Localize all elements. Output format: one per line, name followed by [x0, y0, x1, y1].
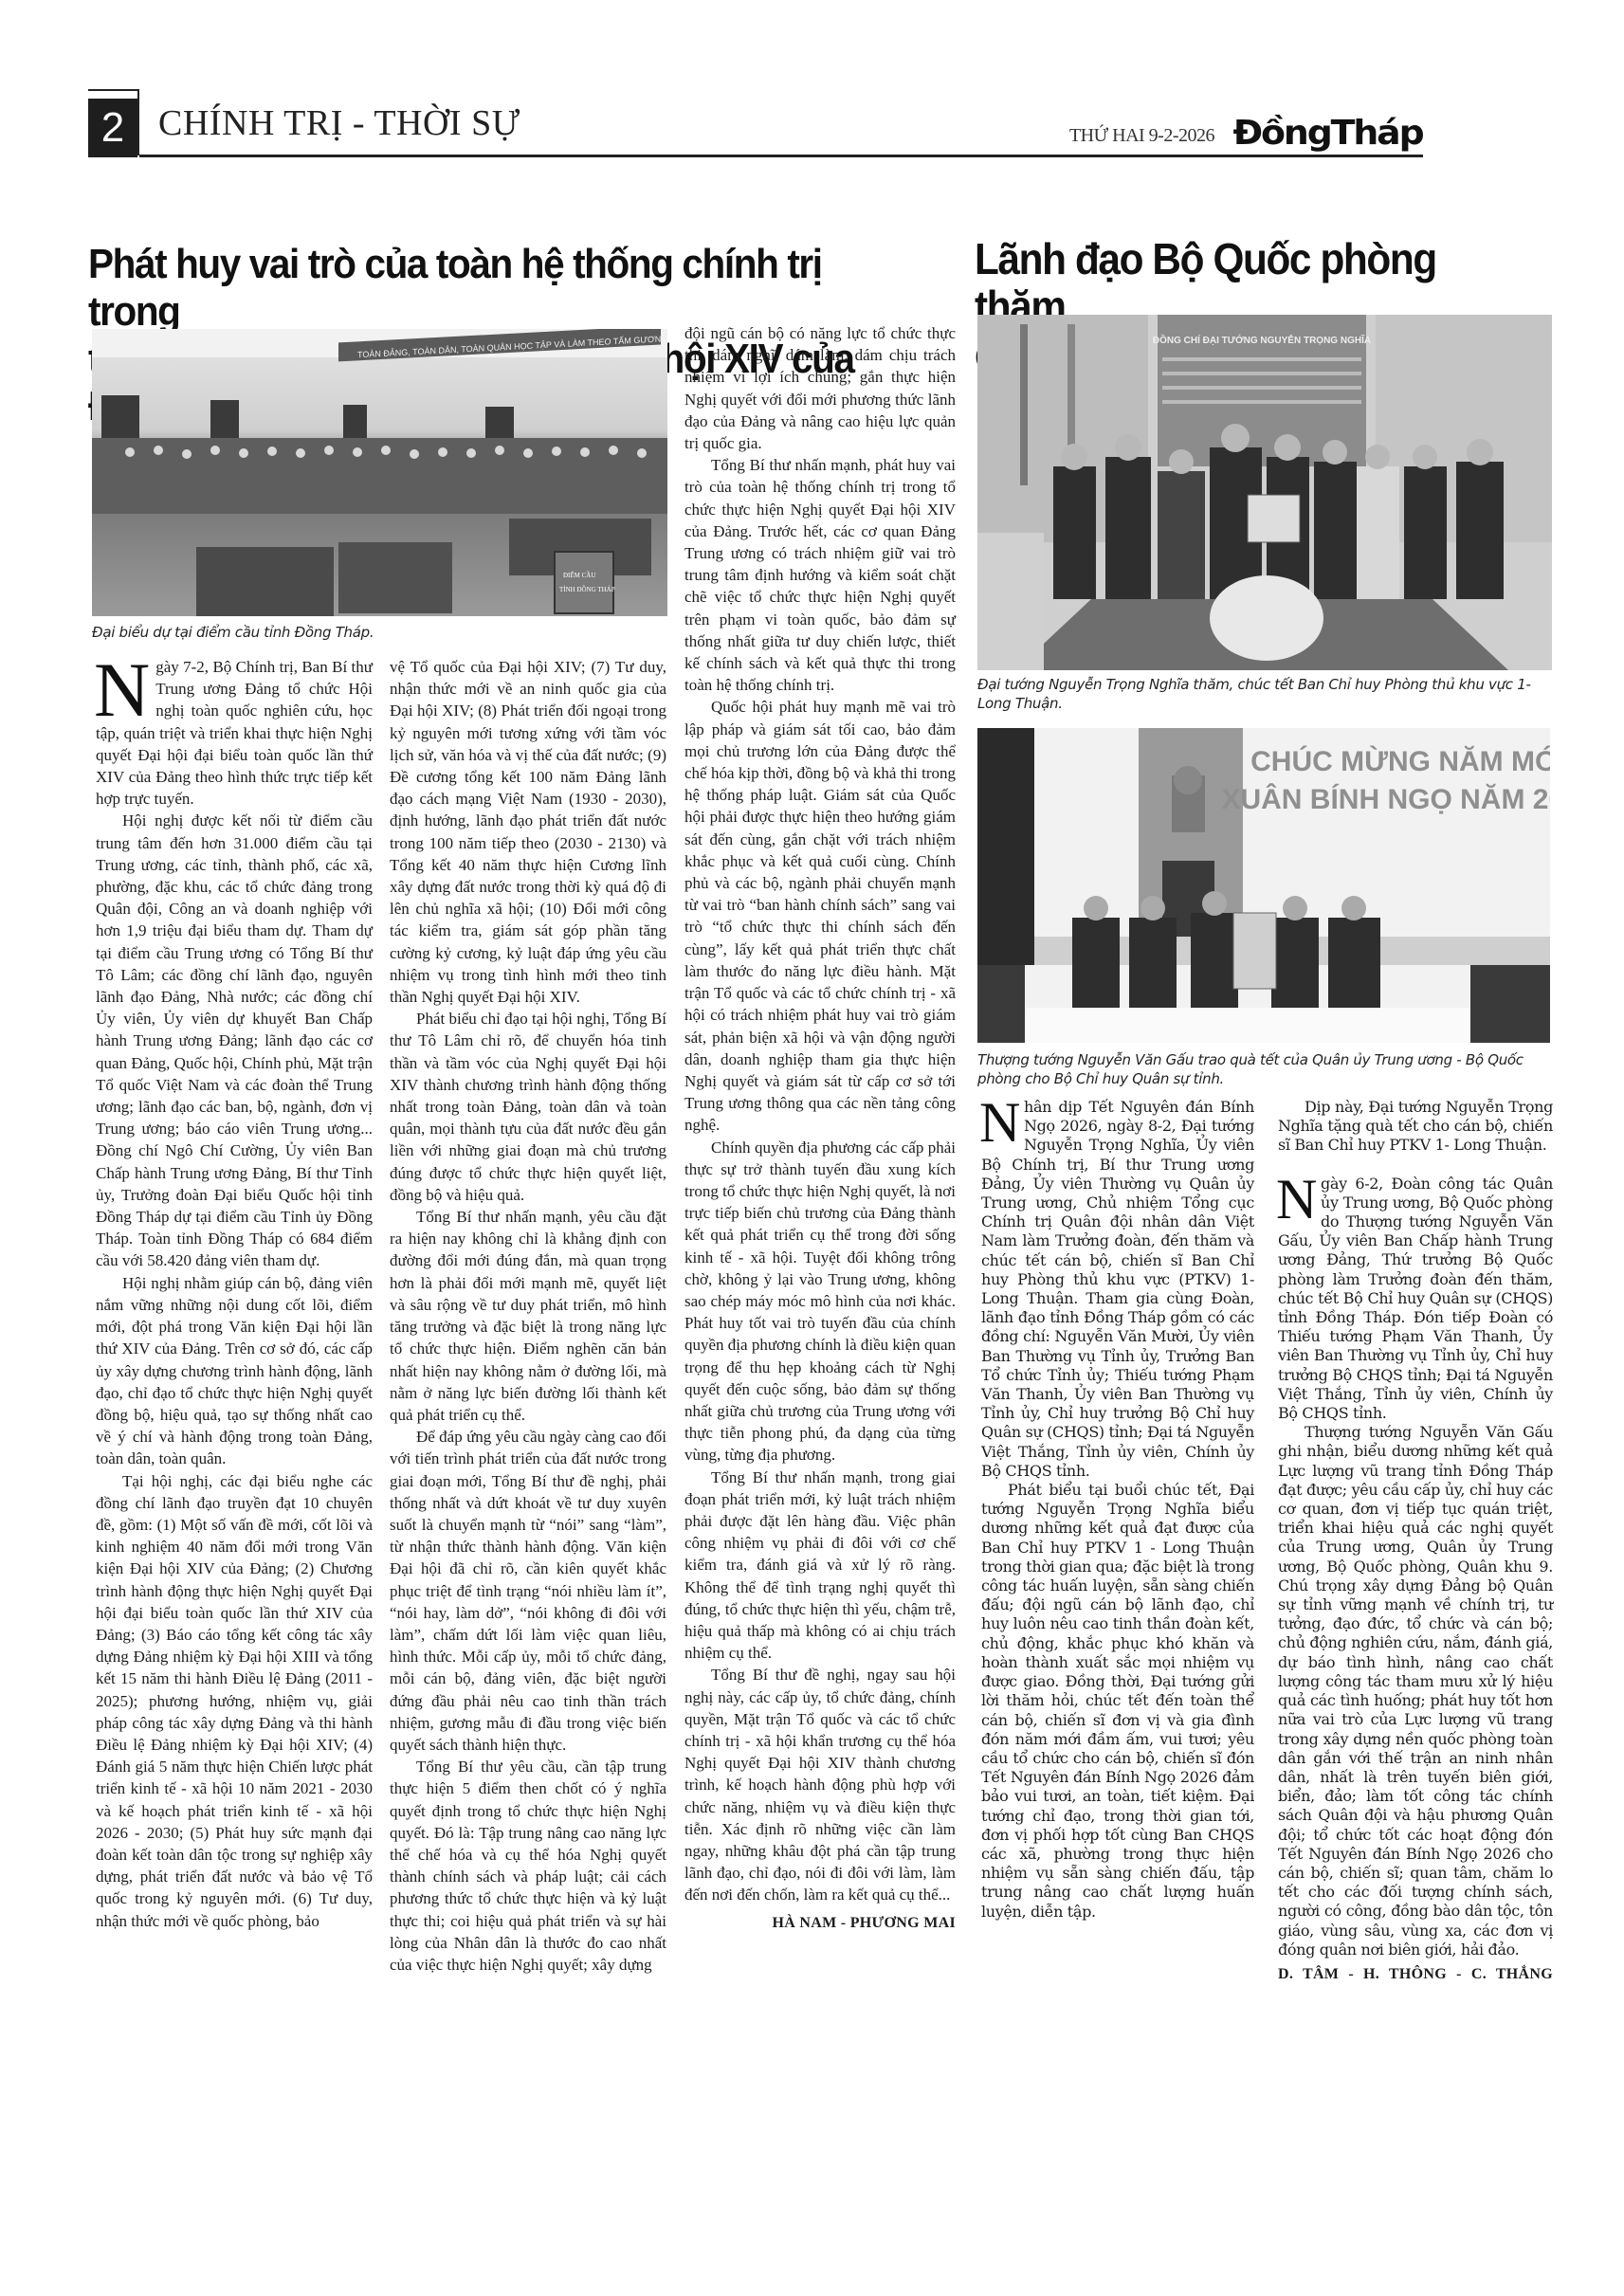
conference-hall-image: TOÀN ĐẢNG, TOÀN DÂN, TOÀN QUÂN HỌC TẬP V…: [92, 329, 667, 616]
page-number: 2: [88, 99, 137, 157]
paragraph: Tại hội nghị, các đại biểu nghe các đồng…: [96, 1470, 373, 1932]
newspaper-logo: ĐồngTháp: [1233, 114, 1423, 153]
byline: D. TÂM - H. THÔNG - C. THẮNG: [1278, 1965, 1553, 1984]
paragraph: Dịp này, Đại tướng Nguyễn Trọng Nghĩa tặ…: [1278, 1098, 1553, 1156]
drop-cap: N: [94, 660, 150, 720]
byline: HÀ NAM - PHƯƠNG MAI: [684, 1912, 956, 1934]
paragraph: Phát biểu chỉ đạo tại hội nghị, Tổng Bí …: [390, 1008, 666, 1206]
paragraph: Để đáp ứng yêu cầu ngày càng cao đối với…: [390, 1426, 666, 1756]
svg-text:TỈNH ĐỒNG THÁP: TỈNH ĐỒNG THÁP: [559, 586, 615, 593]
paragraph: đội ngũ cán bộ có năng lực tổ chức thực …: [684, 322, 956, 454]
article-left-column-2: vệ Tổ quốc của Đại hội XIV; (7) Tư duy, …: [390, 656, 666, 1976]
paragraph: Hội nghị nhằm giúp cán bộ, đảng viên nắm…: [96, 1272, 373, 1470]
lead-paragraph: Nhân dịp Tết Nguyên đán Bính Ngọ 2026, n…: [981, 1098, 1254, 1481]
article-left-column-3: đội ngũ cán bộ có năng lực tổ chức thực …: [684, 322, 956, 1934]
backdrop-line-2: XUÂN BÍNH NGỌ NĂM 2026: [1221, 783, 1550, 815]
paragraph: Tổng Bí thư đề nghị, ngay sau hội nghị n…: [684, 1664, 956, 1905]
article-right-column-2: Dịp này, Đại tướng Nguyễn Trọng Nghĩa tặ…: [1278, 1098, 1553, 1984]
paragraph: vệ Tổ quốc của Đại hội XIV; (7) Tư duy, …: [390, 656, 666, 1008]
gift-presentation-photo-1: ĐỒNG CHÍ ĐẠI TƯỚNG NGUYỄN TRỌNG NGHĨA: [977, 315, 1552, 670]
backdrop-line-1: CHÚC MỪNG NĂM MỚI: [1250, 745, 1550, 777]
paragraph: Quốc hội phát huy mạnh mẽ vai trò lập ph…: [684, 696, 956, 1136]
issue-date: THỨ HAI 9-2-2026: [1069, 125, 1214, 147]
drop-cap: N: [979, 1101, 1020, 1144]
paragraph: Thượng tướng Nguyễn Văn Gấu ghi nhận, bi…: [1278, 1423, 1553, 1959]
gift-presentation-image: ĐỒNG CHÍ ĐẠI TƯỚNG NGUYỄN TRỌNG NGHĨA: [977, 315, 1552, 670]
photo-caption: Đại biểu dự tại điểm cầu tỉnh Đồng Tháp.: [92, 623, 667, 642]
paragraph: Hội nghị được kết nối từ điểm cầu trung …: [96, 810, 373, 1271]
paragraph: Phát biểu tại buổi chúc tết, Đại tướng N…: [981, 1481, 1254, 1922]
backdrop-text: ĐỒNG CHÍ ĐẠI TƯỚNG NGUYỄN TRỌNG NGHĨA: [1153, 334, 1371, 346]
paragraph: Tổng Bí thư nhấn mạnh, yêu cầu đặt ra hi…: [390, 1206, 666, 1426]
photo-caption: Thượng tướng Nguyễn Văn Gấu trao quà tết…: [977, 1050, 1550, 1088]
section-spacer: [1278, 1156, 1553, 1175]
headline-line: Phát huy vai trò của toàn hệ thống chính…: [88, 241, 822, 335]
gift-presentation-photo-2: CHÚC MỪNG NĂM MỚI XUÂN BÍNH NGỌ NĂM 2026: [977, 728, 1550, 1043]
paragraph: Tổng Bí thư nhấn mạnh, trong giai đoạn p…: [684, 1467, 956, 1665]
article-right-column-1: Nhân dịp Tết Nguyên đán Bính Ngọ 2026, n…: [981, 1098, 1254, 1922]
masthead-divider: [139, 155, 1423, 157]
section-title: CHÍNH TRỊ - THỜI SỰ: [158, 102, 520, 144]
photo-caption: Đại tướng Nguyễn Trọng Nghĩa thăm, chúc …: [977, 675, 1546, 713]
svg-text:ĐIỂM CẦU: ĐIỂM CẦU: [563, 572, 595, 579]
drop-cap: N: [1276, 1177, 1317, 1221]
lead-paragraph: Ngày 6-2, Đoàn công tác Quân ủy Trung ươ…: [1278, 1175, 1553, 1424]
conference-hall-photo: TOÀN ĐẢNG, TOÀN DÂN, TOÀN QUÂN HỌC TẬP V…: [92, 329, 667, 616]
page-masthead: 2 CHÍNH TRỊ - THỜI SỰ THỨ HAI 9-2-2026 Đ…: [88, 89, 1423, 157]
paragraph: Tổng Bí thư yêu cầu, cần tập trung thực …: [390, 1756, 666, 1976]
paragraph: Chính quyền địa phương các cấp phải thực…: [684, 1137, 956, 1467]
paragraph: Tổng Bí thư nhấn mạnh, phát huy vai trò …: [684, 454, 956, 696]
lead-paragraph: Ngày 7-2, Bộ Chính trị, Ban Bí thư Trung…: [96, 656, 373, 810]
new-year-ceremony-image: CHÚC MỪNG NĂM MỚI XUÂN BÍNH NGỌ NĂM 2026: [977, 728, 1550, 1043]
article-left-column-1: Ngày 7-2, Bộ Chính trị, Ban Bí thư Trung…: [96, 656, 373, 1932]
